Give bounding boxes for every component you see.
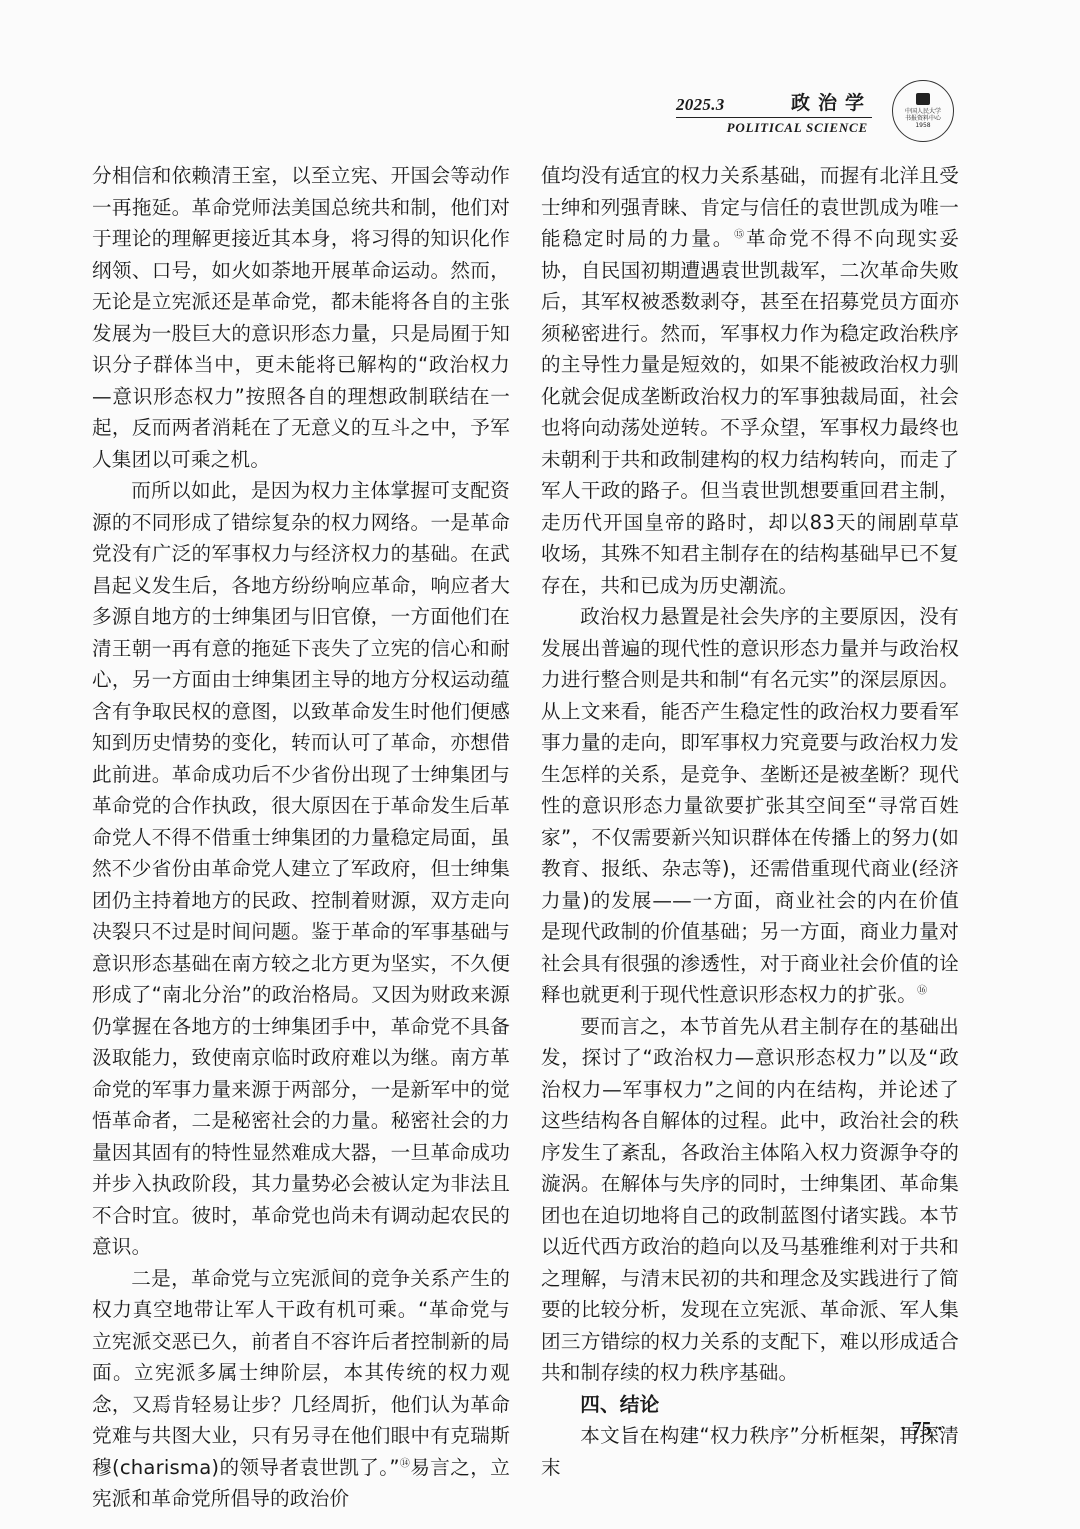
paragraph: 本文旨在构建“权力秩序”分析框架，再探清末 bbox=[541, 1420, 959, 1483]
right-column: 值均没有适宜的权力关系基础，而握有北洋且受士绅和列强青睐、肯定与信任的袁世凯成为… bbox=[541, 160, 959, 1483]
paragraph-text: 二是，革命党与立宪派间的竞争关系产生的权力真空地带让军人干政有机可乘。“革命党与… bbox=[92, 1267, 510, 1479]
footnote-marker[interactable]: ⑮ bbox=[734, 229, 746, 240]
running-header: 2025.3 政治学 POLITICAL SCIENCE bbox=[676, 88, 872, 136]
paragraph: 政治权力悬置是社会失序的主要原因，没有发展出普遍的现代性的意识形态力量并与政治权… bbox=[541, 601, 959, 1011]
journal-title-en: POLITICAL SCIENCE bbox=[676, 120, 872, 136]
footnote-marker[interactable]: ⑭ bbox=[400, 1458, 411, 1469]
paragraph: 值均没有适宜的权力关系基础，而握有北洋且受士绅和列强青睐、肯定与信任的袁世凯成为… bbox=[541, 160, 959, 601]
seal-year: 1958 bbox=[915, 122, 930, 129]
paragraph: 而所以如此，是因为权力主体掌握可支配资源的不同形成了错综复杂的权力网络。一是革命… bbox=[92, 475, 510, 1263]
seal-line-2: 书报资料中心 bbox=[905, 115, 941, 122]
paragraph-text: 政治权力悬置是社会失序的主要原因，没有发展出普遍的现代性的意识形态力量并与政治权… bbox=[541, 605, 959, 1006]
seal-line-1: 中国人民大学 bbox=[905, 108, 941, 115]
paragraph: 分相信和依赖清王室，以至立宪、开国会等动作一再拖延。革命党师法美国总统共和制，他… bbox=[92, 160, 510, 475]
paragraph: 要而言之，本节首先从君主制存在的基础出发，探讨了“政治权力—意识形态权力”以及“… bbox=[541, 1011, 959, 1389]
header-top-row: 2025.3 政治学 bbox=[676, 88, 872, 118]
issue-number: 2025.3 bbox=[676, 95, 725, 115]
library-seal-icon: 中国人民大学 书报资料中心 1958 bbox=[892, 80, 954, 142]
paragraph: 二是，革命党与立宪派间的竞争关系产生的权力真空地带让军人干政有机可乘。“革命党与… bbox=[92, 1263, 510, 1515]
footnote-marker[interactable]: ⑯ bbox=[917, 985, 927, 996]
paragraph-text: 革命党不得不向现实妥协，自民国初期遭遇袁世凯裁军，二次革命失败后，其军权被悉数剥… bbox=[541, 227, 959, 597]
journal-title-cn: 政治学 bbox=[791, 88, 872, 115]
page-number: · 75 · bbox=[900, 1418, 943, 1441]
section-heading: 四、结论 bbox=[541, 1389, 959, 1421]
left-column: 分相信和依赖清王室，以至立宪、开国会等动作一再拖延。革命党师法美国总统共和制，他… bbox=[92, 160, 510, 1515]
seal-emblem bbox=[916, 93, 930, 105]
